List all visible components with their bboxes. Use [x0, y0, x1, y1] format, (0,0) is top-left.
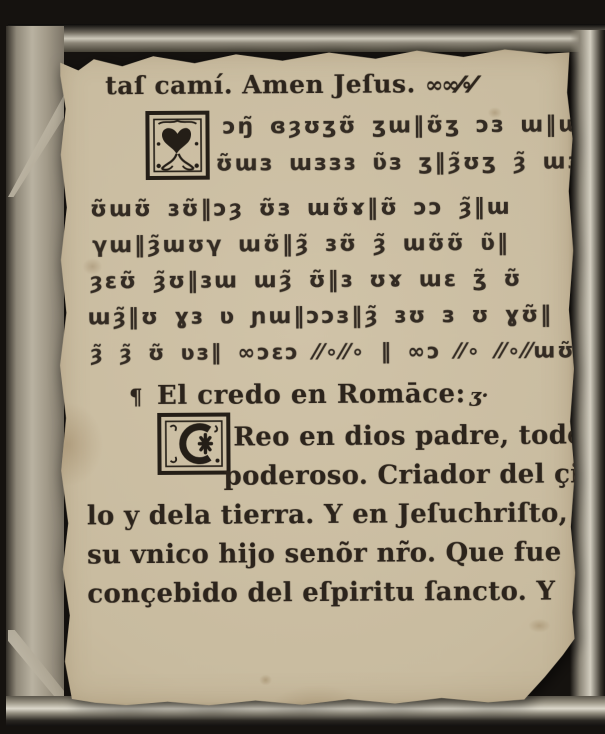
- tagalog-prayer-ending-line: taſ camí. Amen Jeſus. ∞∞⁄⁄∘⁄⁄: [105, 69, 474, 100]
- baybayin-line: ʊ̃ɯʊ̃ ɜʊ̃‖ɔȝ ʊ̃з ɯʊ̃ɤ‖ʊ̃ ɔɔ ȝ̃‖ɯ: [90, 195, 512, 223]
- credo-text-line: poderoso. Criador del çie: [224, 459, 598, 491]
- credo-section-heading: ¶El credo en Romāce:ʒ·: [129, 379, 489, 411]
- woodcut-foliate-initial: [145, 111, 209, 180]
- credo-text-line: conçebido del eſpiritu ſancto. Y: [87, 577, 555, 610]
- baybayin-line-with-ornaments: ȝ̃ ȝ̃ ʊ̃ ʋз‖ ∞ɔɛɔ ⁄⁄∘⁄⁄∘ ‖ ∞ɔ ⁄⁄∘ ⁄⁄∘⁄⁄ɯ…: [90, 338, 576, 365]
- credo-heading-text: El credo en Romāce:: [157, 379, 466, 411]
- parchment-page: taſ camí. Amen Jeſus. ∞∞⁄⁄∘⁄⁄: [55, 46, 576, 707]
- photograph-of-doctrina-page: taſ camí. Amen Jeſus. ∞∞⁄⁄∘⁄⁄: [0, 0, 605, 734]
- woodcut-initial-letter-C: C: [157, 413, 230, 475]
- baybayin-line: ɯȝ̃‖ʊ ɣɜ ʋ ɲɯ‖ɔɔз‖ȝ̃ ɜʊ з ʊ ɣʊ̃‖: [88, 303, 554, 331]
- paragraph-mark-icon: ¶: [129, 384, 143, 409]
- baybayin-line: ȝɛʊ̃ ȝ̃ʊ‖ɜɯ ɯȝ̃ ʊ̃‖ɜ ʊɤ ɯɛ ʒ̃ ʊ̃: [89, 267, 522, 295]
- credo-text-line: lo y dela tierra. Y en Jeſuchriſto,: [87, 498, 568, 531]
- heading-flourish-icon: ʒ·: [470, 383, 489, 407]
- baybayin-line: ɔŋ̃ ɞȝʊʒʊ̃ ʒɯ‖ʊ̃ʒ ɔз ɯ‖ɯ ʊ̃: [222, 112, 605, 139]
- parchment-surface: taſ camí. Amen Jeſus. ∞∞⁄⁄∘⁄⁄: [55, 46, 576, 707]
- baybayin-line: γɯ‖ȝ̃ɯʊγ ɯʊ̃‖ȝ̃ ɜʊ̃ ȝ̃ ɯʊ̃ʊ̃ ʋ̃‖: [92, 231, 510, 259]
- prayer-ending-text: taſ camí. Amen Jeſus.: [105, 69, 416, 100]
- line-end-ornament: ∞∞⁄⁄∘⁄⁄: [425, 72, 474, 98]
- credo-text-line: Reo en dios padre, todo: [233, 420, 585, 452]
- baybayin-line: ʊ̃ɯз ɯззɜ ʋ̃з ʒ‖ȝ̃ʊʒ ȝ̃ ɯзʊ̃: [216, 149, 602, 176]
- credo-text-line: su vnico hijo senõr nr̃o. Que fue: [87, 538, 562, 571]
